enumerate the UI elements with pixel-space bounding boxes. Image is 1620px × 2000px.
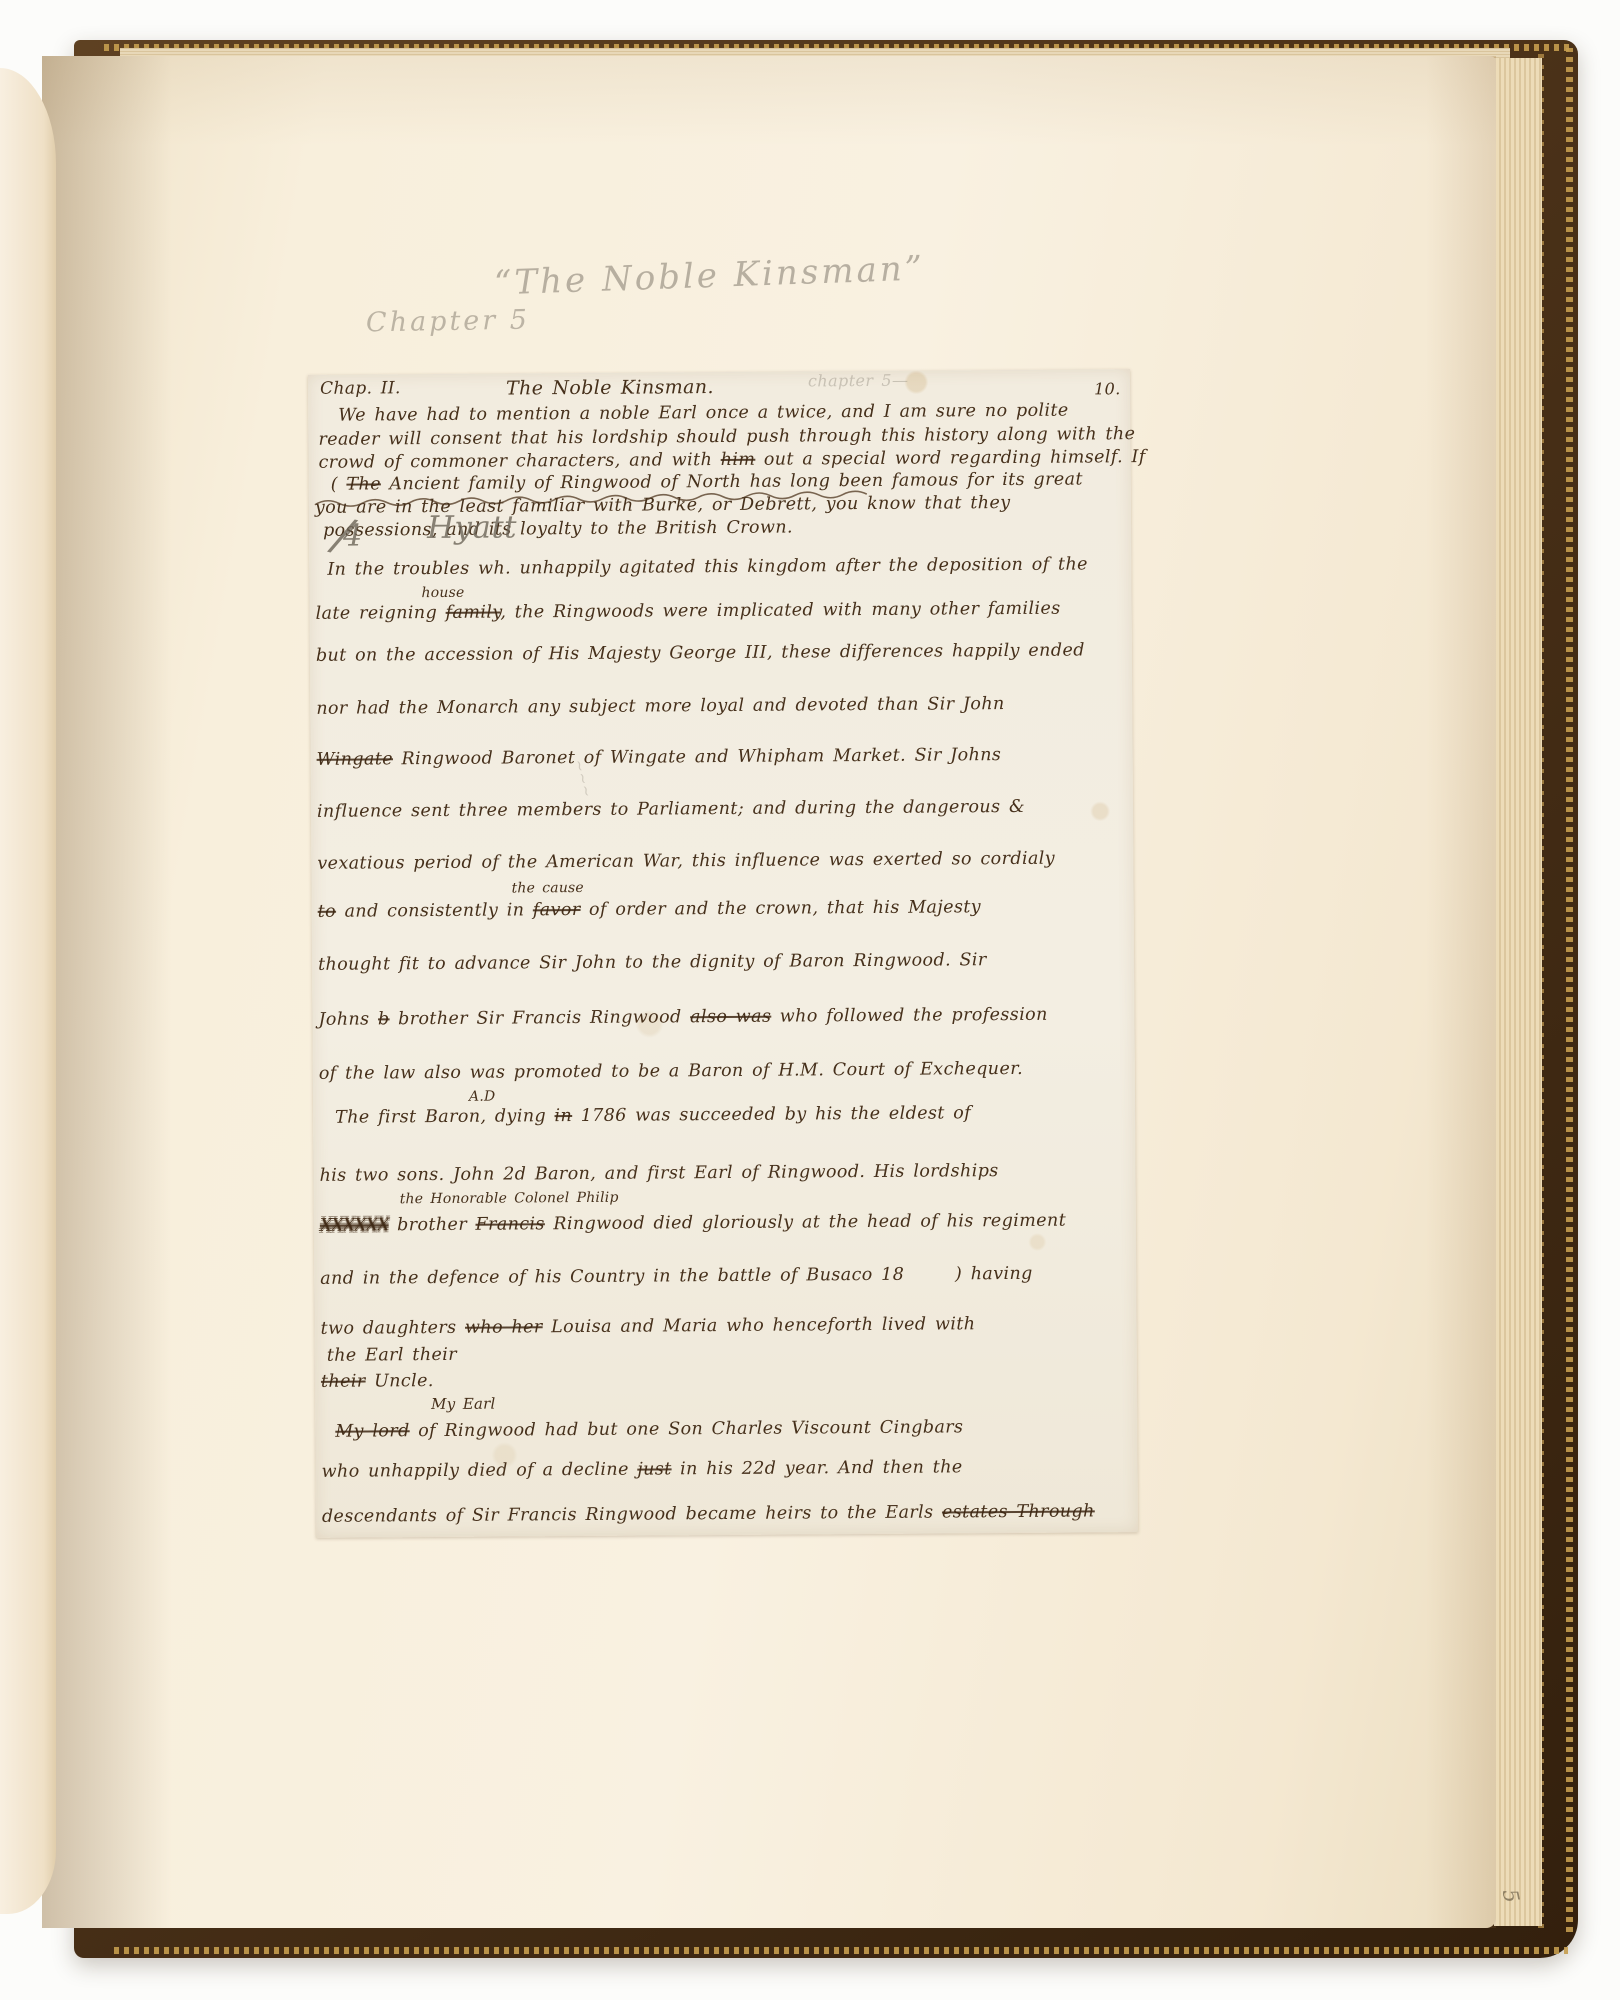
manuscript-line: and in the defence of his Country in the… xyxy=(320,1265,1033,1288)
manuscript-line: house xyxy=(421,586,464,601)
gilt-dentelle-right-icon xyxy=(1566,48,1573,1932)
manuscript-line: The first Baron, dying in 1786 was succe… xyxy=(335,1104,971,1127)
page-block-fore-edges: 5 xyxy=(1494,58,1542,1926)
manuscript-line: possessions, and its loyalty to the Brit… xyxy=(323,519,793,541)
manuscript-line: ( The Ancient family of Ringwood of Nort… xyxy=(331,470,1083,494)
manuscript-line: reader will consent that his lordship sh… xyxy=(318,425,1135,449)
manuscript-line: descendants of Sir Francis Ringwood beca… xyxy=(322,1502,1095,1526)
faint-pencil-chapter: chapter 5— xyxy=(808,373,908,390)
chapter-heading: Chap. II. xyxy=(320,380,401,398)
manuscript-line: In the troubles wh. unhappily agitated t… xyxy=(327,555,1088,579)
manuscript-line: My Earl xyxy=(431,1397,495,1413)
manuscript-line: you are in the least familiar with Burke… xyxy=(315,494,1011,517)
manuscript-line: A.D xyxy=(469,1090,495,1105)
manuscript-line: to and consistently in favor of order an… xyxy=(318,898,981,921)
facing-page xyxy=(0,68,56,1914)
manuscript-line: of the law also was promoted to be a Bar… xyxy=(319,1060,1023,1083)
manuscript-line: vexatious period of the American War, th… xyxy=(317,850,1055,874)
manuscript-line: nor had the Monarch any subject more loy… xyxy=(316,695,1005,718)
manuscript-line: We have had to mention a noble Earl once… xyxy=(338,402,1069,425)
page-curve-shade xyxy=(1426,56,1496,1928)
manuscript-line: their Uncle. xyxy=(321,1372,434,1391)
manuscript-line: the Earl their xyxy=(327,1346,457,1365)
page-top-shade xyxy=(42,56,1496,146)
manuscript-leaf: Chap. II.The Noble Kinsman.chapter 5—10.… xyxy=(308,369,1138,1538)
pencil-annotation: Chapter 5 xyxy=(366,305,530,339)
manuscript-line: but on the accession of His Majesty Geor… xyxy=(316,641,1085,665)
manuscript-line: who unhappily died of a decline just in … xyxy=(322,1458,963,1481)
manuscript-line: Hyatt xyxy=(427,511,517,544)
manuscript-line: thought fit to advance Sir John to the d… xyxy=(318,951,987,974)
leaf-page-number: 10. xyxy=(1094,381,1121,398)
manuscript-line: his two sons. John 2d Baron, and first E… xyxy=(319,1162,998,1185)
manuscript-line: My lord of Ringwood had but one Son Char… xyxy=(335,1418,963,1441)
photo-backdrop: 5 Chapter 5“The Noble Kinsman” Chap. II.… xyxy=(0,0,1620,2000)
manuscript-line: crowd of commoner characters, and with h… xyxy=(319,448,1146,472)
manuscript-line: the Honorable Colonel Philip xyxy=(400,1191,619,1207)
gutter-shadow xyxy=(42,56,172,1928)
manuscript-line: the cause xyxy=(511,881,583,896)
manuscript-line: two daughters who her Louisa and Maria w… xyxy=(321,1315,976,1338)
gilt-dentelle-bottom-icon xyxy=(114,1947,1568,1954)
manuscript-line: late reigning family, the Ringwoods were… xyxy=(316,600,1061,624)
manuscript-line: XXXXXX brother Francis Ringwood died glo… xyxy=(320,1212,1066,1236)
manuscript-line: Johns b brother Sir Francis Ringwood als… xyxy=(318,1006,1047,1029)
edge-page-number: 5 xyxy=(1498,1887,1524,1905)
manuscript-line: Wingate Ringwood Baronet of Wingate and … xyxy=(317,746,1002,769)
leaf-title: The Noble Kinsman. xyxy=(506,378,714,399)
manuscript-line: influence sent three members to Parliame… xyxy=(317,798,1025,821)
